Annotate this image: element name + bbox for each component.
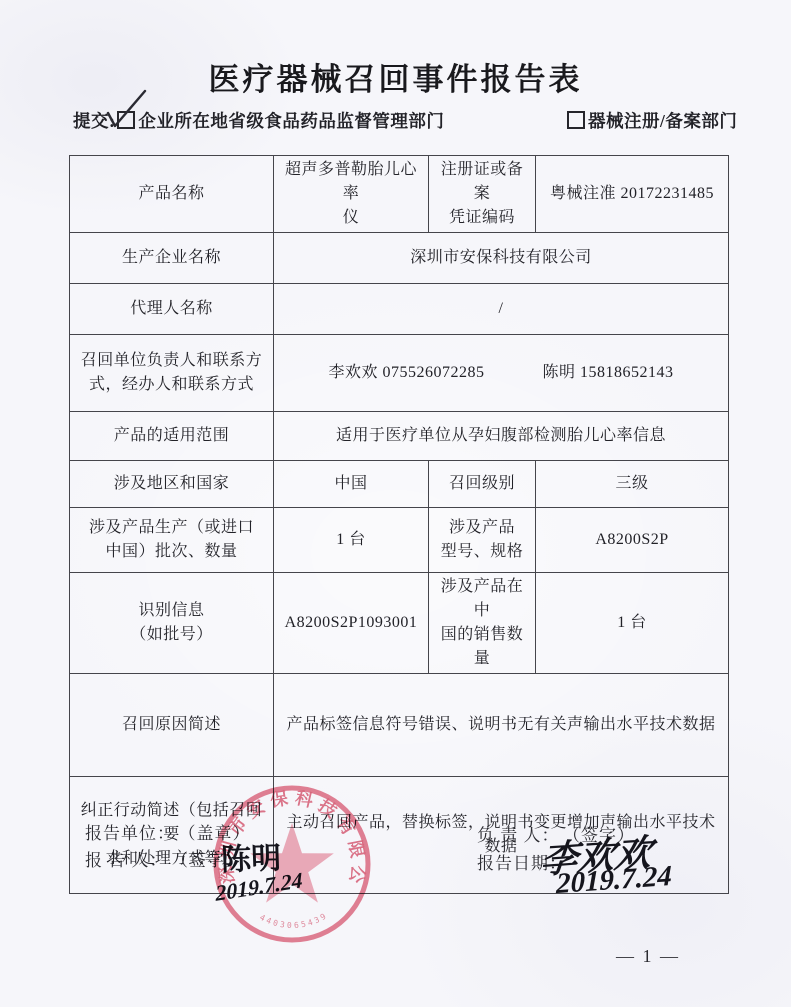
- submit-right-option: 器械注册/备案部门: [565, 108, 737, 133]
- table-row: 产品的适用范围 适用于医疗单位从孕妇腹部检测胎儿心率信息: [70, 412, 729, 461]
- checkbox-registration-dept-label: 器械注册/备案部门: [588, 111, 737, 131]
- contact-person-1: 李欢欢 075526072285: [328, 361, 484, 385]
- scope-of-use-label: 产品的适用范围: [70, 412, 274, 461]
- agent-name-value: /: [274, 284, 729, 335]
- regions-value: 中国: [274, 461, 429, 508]
- page-number: — 1 —: [616, 946, 680, 967]
- table-row: 生产企业名称 深圳市安保科技有限公司: [70, 233, 729, 284]
- table-row: 召回单位负责人和联系方 式，经办人和联系方式 李欢欢 075526072285 …: [70, 335, 729, 412]
- scope-of-use-value: 适用于医疗单位从孕妇腹部检测胎儿心率信息: [274, 412, 729, 461]
- principal-date-handwriting: 2019.7.24: [556, 860, 672, 901]
- model-spec-label: 涉及产品 型号、规格: [429, 508, 536, 573]
- registration-cert-label: 注册证或备案 凭证编码: [429, 156, 536, 233]
- identification-label: 识别信息 （如批号）: [70, 573, 274, 674]
- china-sales-value: 1 台: [536, 573, 729, 674]
- china-sales-label: 涉及产品在中 国的销售数量: [429, 573, 536, 674]
- registration-cert-value: 粤械注准 20172231485: [536, 156, 729, 233]
- identification-value: A8200S2P1093001: [274, 573, 429, 674]
- agent-name-label: 代理人名称: [70, 284, 274, 335]
- table-row: 召回原因简述 产品标签信息符号错误、说明书无有关声输出水平技术数据: [70, 674, 729, 777]
- recall-level-value: 三级: [536, 461, 729, 508]
- manufacturer-value: 深圳市安保科技有限公司: [274, 233, 729, 284]
- table-row: 涉及地区和国家 中国 召回级别 三级: [70, 461, 729, 508]
- contact-person-2: 陈明 15818652143: [543, 361, 674, 385]
- regions-label: 涉及地区和国家: [70, 461, 274, 508]
- recall-contact-values: 李欢欢 075526072285 陈明 15818652143: [279, 361, 723, 385]
- recall-reason-label: 召回原因简述: [70, 674, 274, 777]
- recall-contact-value: 李欢欢 075526072285 陈明 15818652143: [274, 335, 729, 412]
- table-row: 识别信息 （如批号） A8200S2P1093001 涉及产品在中 国的销售数量…: [70, 573, 729, 674]
- reporter-label: 报 告 人：: [85, 851, 168, 870]
- checkbox-provincial-authority-label: 企业所在地省级食品药品监督管理部门: [138, 111, 444, 131]
- recall-report-table: 产品名称 超声多普勒胎儿心率 仪 注册证或备案 凭证编码 粤械注准 201722…: [69, 155, 729, 894]
- product-name-value: 超声多普勒胎儿心率 仪: [274, 156, 429, 233]
- recall-level-label: 召回级别: [429, 461, 536, 508]
- company-seal-stamp: 深圳市安保科技有限公司 4403065439060: [209, 781, 375, 947]
- batch-quantity-label: 涉及产品生产（或进口 中国）批次、数量: [70, 508, 274, 573]
- scanned-recall-report-page: 医疗器械召回事件报告表 提交:企业所在地省级食品药品监督管理部门 器械注册/备案…: [0, 0, 791, 1007]
- model-spec-value: A8200S2P: [536, 508, 729, 573]
- checkbox-registration-dept: [567, 111, 585, 129]
- report-unit-label: 报告单位：: [85, 824, 175, 843]
- check-mark-icon: [97, 84, 153, 132]
- table-row: 产品名称 超声多普勒胎儿心率 仪 注册证或备案 凭证编码 粤械注准 201722…: [70, 156, 729, 233]
- recall-contact-label: 召回单位负责人和联系方 式，经办人和联系方式: [70, 335, 274, 412]
- table-row: 涉及产品生产（或进口 中国）批次、数量 1 台 涉及产品 型号、规格 A8200…: [70, 508, 729, 573]
- batch-quantity-value: 1 台: [274, 508, 429, 573]
- recall-reason-value: 产品标签信息符号错误、说明书无有关声输出水平技术数据: [274, 674, 729, 777]
- manufacturer-label: 生产企业名称: [70, 233, 274, 284]
- seal-star-icon: [250, 823, 334, 903]
- table-row: 代理人名称 /: [70, 284, 729, 335]
- product-name-label: 产品名称: [70, 156, 274, 233]
